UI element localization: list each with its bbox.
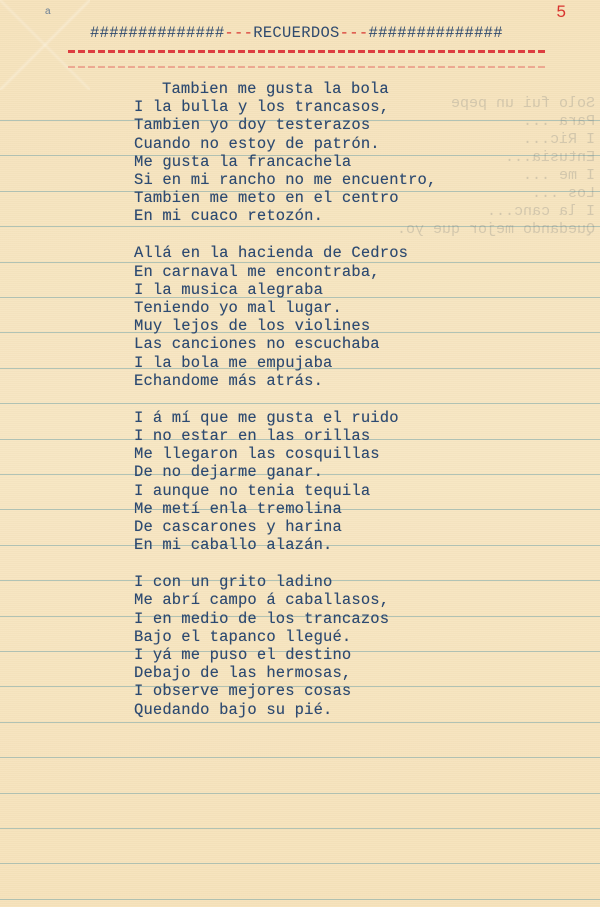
verse-line: I en medio de los trancazos: [134, 610, 436, 628]
verse-line: Bajo el tapanco llegué.: [134, 628, 436, 646]
header-left-dashes: ---: [224, 24, 253, 42]
verse-line: I la musica alegraba: [134, 281, 436, 299]
header-right-hashes: ##############: [368, 24, 502, 42]
verse-line: Me metí enla tremolina: [134, 500, 436, 518]
verse-line: Tambien yo doy testerazos: [134, 116, 436, 134]
red-dashed-rule: [68, 50, 546, 53]
verse-line: Tambien me meto en el centro: [134, 189, 436, 207]
verse-line: Me abrí campo á caballasos,: [134, 591, 436, 609]
verse-line: En mi caballo alazán.: [134, 536, 436, 554]
stanza: Allá en la hacienda de CedrosEn carnaval…: [134, 244, 436, 390]
verse-line: Me gusta la francachela: [134, 153, 436, 171]
ruled-line: [0, 899, 600, 900]
verse-line: I yá me puso el destino: [134, 646, 436, 664]
stanza: I con un grito ladinoMe abrí campo á cab…: [134, 573, 436, 719]
title-header: ##############---RECUERDOS---###########…: [90, 24, 503, 42]
verse-line: Me llegaron las cosquillas: [134, 445, 436, 463]
verse-line: De no dejarme ganar.: [134, 463, 436, 481]
verse-line: En mi cuaco retozón.: [134, 207, 436, 225]
ruled-line: [0, 863, 600, 864]
verse-line: I observe mejores cosas: [134, 682, 436, 700]
faint-red-dashed-rule: [68, 66, 546, 68]
ruled-line: [0, 757, 600, 758]
document-title: RECUERDOS: [253, 24, 339, 42]
verse-line: Las canciones no escuchaba: [134, 335, 436, 353]
poem-body: Tambien me gusta la bolaI la bulla y los…: [134, 80, 436, 738]
header-left-hashes: ##############: [90, 24, 224, 42]
corner-pencil-mark: a: [45, 6, 51, 17]
verse-line: Debajo de las hermosas,: [134, 664, 436, 682]
verse-line: Tambien me gusta la bola: [134, 80, 436, 98]
stanza: Tambien me gusta la bolaI la bulla y los…: [134, 80, 436, 226]
verse-line: I con un grito ladino: [134, 573, 436, 591]
verse-line: Muy lejos de los violines: [134, 317, 436, 335]
verse-line: Quedando bajo su pié.: [134, 701, 436, 719]
ruled-line: [0, 828, 600, 829]
page-number: 5: [557, 2, 566, 22]
verse-line: De cascarones y harina: [134, 518, 436, 536]
verse-line: I la bola me empujaba: [134, 354, 436, 372]
verse-line: Allá en la hacienda de Cedros: [134, 244, 436, 262]
verse-line: I la bulla y los trancasos,: [134, 98, 436, 116]
verse-line: Si en mi rancho no me encuentro,: [134, 171, 436, 189]
verse-line: I no estar en las orillas: [134, 427, 436, 445]
verse-line: Cuando no estoy de patrón.: [134, 135, 436, 153]
header-right-dashes: ---: [340, 24, 369, 42]
verse-line: Echandome más atrás.: [134, 372, 436, 390]
verse-line: En carnaval me encontraba,: [134, 263, 436, 281]
ruled-line: [0, 793, 600, 794]
stanza: I á mí que me gusta el ruidoI no estar e…: [134, 409, 436, 555]
verse-line: I á mí que me gusta el ruido: [134, 409, 436, 427]
verse-line: Teniendo yo mal lugar.: [134, 299, 436, 317]
verse-line: I aunque no tenia tequila: [134, 482, 436, 500]
